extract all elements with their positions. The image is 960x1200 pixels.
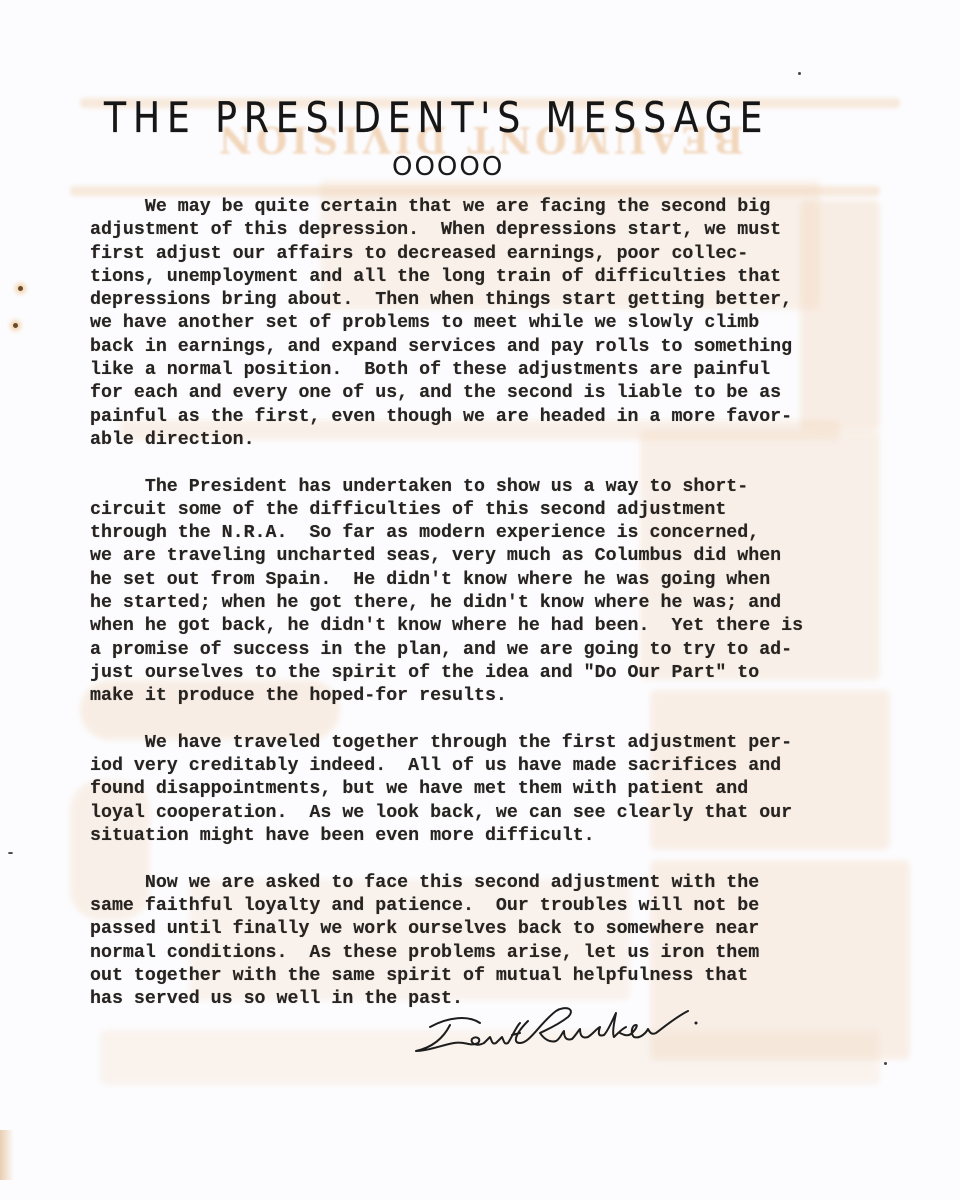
scanned-page: BEAUMONT DIVISION THE PRESIDENT'S MESSAG… (0, 0, 960, 1200)
text-line: We have traveled together through the fi… (90, 732, 890, 755)
text-line: found disappointments, but we have met t… (90, 778, 890, 801)
paragraph: Now we are asked to face this second adj… (90, 872, 890, 1012)
page-title: THE PRESIDENT'S MESSAGE (104, 94, 769, 142)
text-line: Now we are asked to face this second adj… (90, 872, 890, 895)
signature (408, 1003, 708, 1063)
text-line: circuit some of the difficulties of this… (90, 499, 890, 522)
text-line: we have another set of problems to meet … (90, 312, 890, 335)
text-line: he set out from Spain. He didn't know wh… (90, 569, 890, 592)
text-line: adjustment of this depression. When depr… (90, 219, 890, 242)
text-line: normal conditions. As these problems ari… (90, 942, 890, 965)
text-line: make it produce the hoped-for results. (90, 685, 890, 708)
text-line: passed until finally we work ourselves b… (90, 918, 890, 941)
paper-speck (8, 852, 13, 854)
text-line: first adjust our affairs to decreased ea… (90, 243, 890, 266)
text-line: out together with the same spirit of mut… (90, 965, 890, 988)
text-line: a promise of success in the plan, and we… (90, 639, 890, 662)
paper-speck (18, 286, 23, 291)
text-line: we are traveling uncharted seas, very mu… (90, 545, 890, 568)
text-line: iod very creditably indeed. All of us ha… (90, 755, 890, 778)
title-divider: OOOOO (392, 152, 504, 182)
paragraph: The President has undertaken to show us … (90, 476, 890, 709)
text-line: back in earnings, and expand services an… (90, 336, 890, 359)
text-line: We may be quite certain that we are faci… (90, 196, 890, 219)
text-line: same faithful loyalty and patience. Our … (90, 895, 890, 918)
page-edge-stain (0, 1130, 14, 1180)
text-line: loyal cooperation. As we look back, we c… (90, 802, 890, 825)
text-line: when he got back, he didn't know where h… (90, 615, 890, 638)
message-body: We may be quite certain that we are faci… (90, 196, 890, 1035)
text-line: for each and every one of us, and the se… (90, 382, 890, 405)
text-line: The President has undertaken to show us … (90, 476, 890, 499)
paper-speck (884, 1062, 887, 1065)
text-line: painful as the first, even though we are… (90, 406, 890, 429)
text-line: through the N.R.A. So far as modern expe… (90, 522, 890, 545)
paragraph: We may be quite certain that we are faci… (90, 196, 890, 452)
paper-speck (13, 323, 18, 328)
text-line: able direction. (90, 429, 890, 452)
text-line: depressions bring about. Then when thing… (90, 289, 890, 312)
text-line: he started; when he got there, he didn't… (90, 592, 890, 615)
text-line: tions, unemployment and all the long tra… (90, 266, 890, 289)
paragraph: We have traveled together through the fi… (90, 732, 890, 848)
paper-speck (798, 72, 801, 75)
text-line: situation might have been even more diff… (90, 825, 890, 848)
text-line: just ourselves to the spirit of the idea… (90, 662, 890, 685)
text-line: like a normal position. Both of these ad… (90, 359, 890, 382)
